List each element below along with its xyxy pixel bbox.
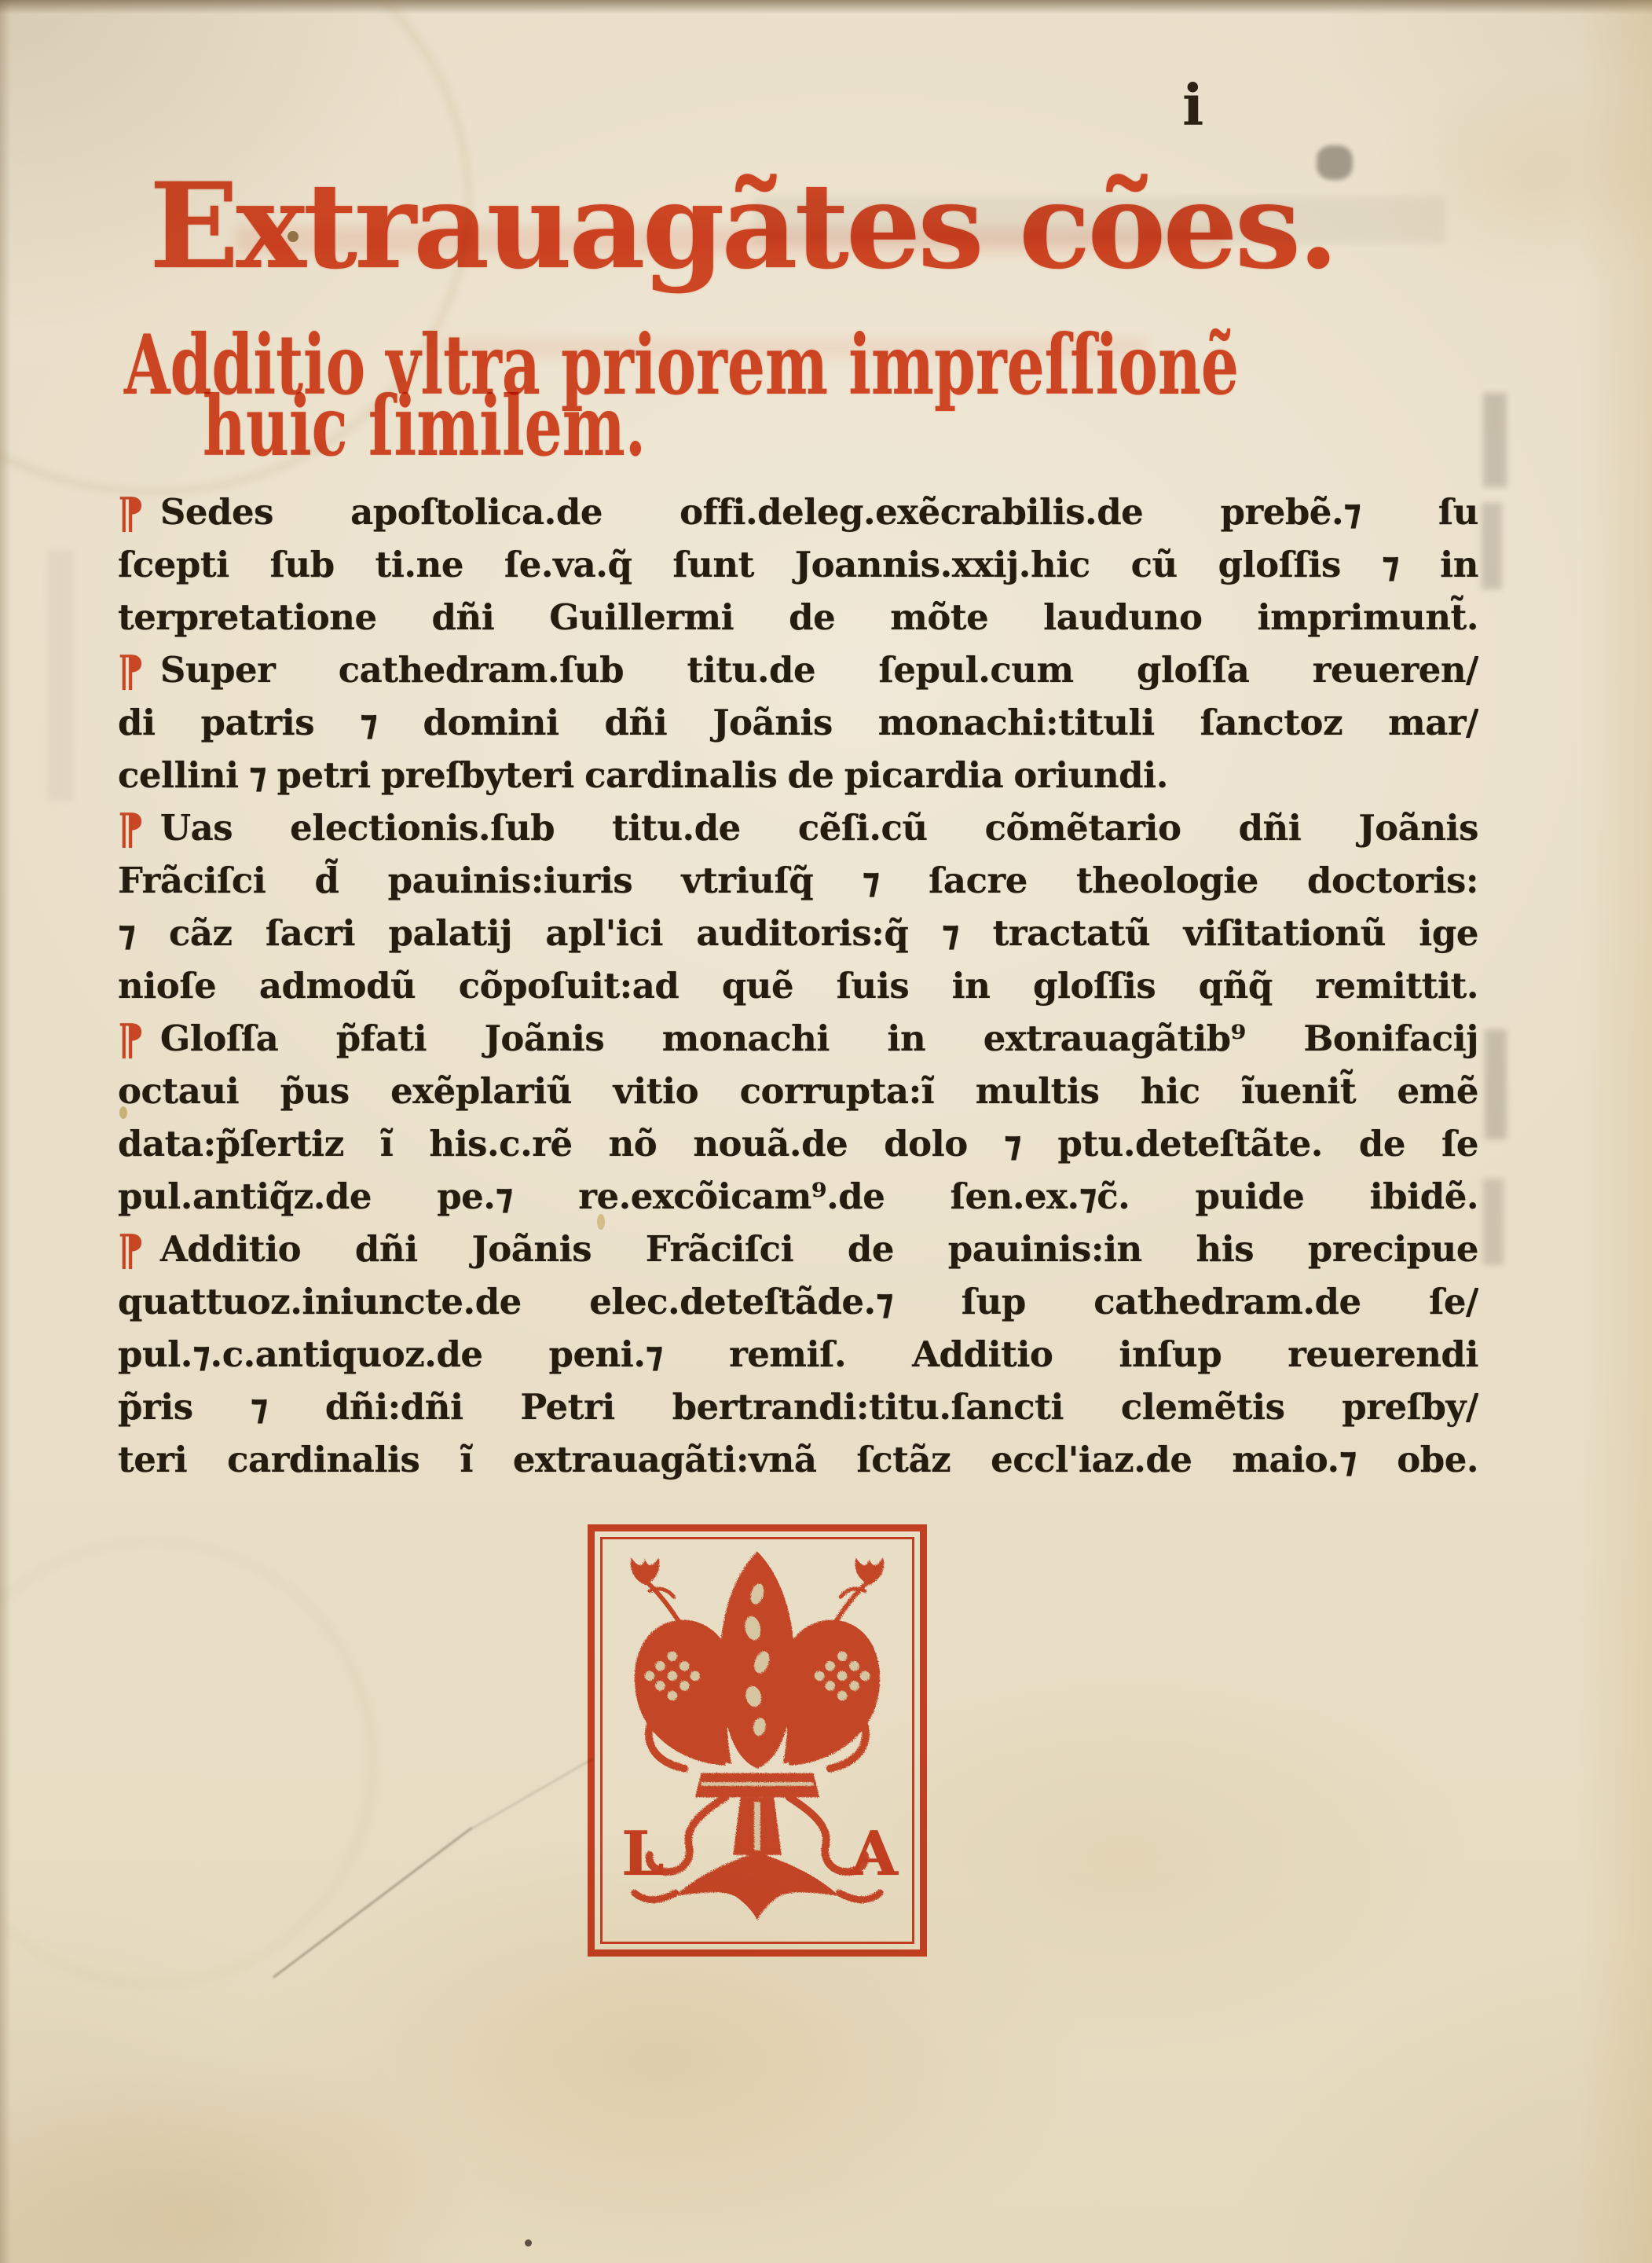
body-line: ¶Uas electionis.ſub titu.de cẽſi.cũ cõmẽ… — [118, 801, 1478, 854]
body-line: ſcepti ſub ti.ne ſe.va.q̃ ſunt Joannis.x… — [118, 538, 1478, 591]
device-letter-a: A — [850, 1824, 898, 1885]
pilcrow-mark: ¶ — [118, 803, 145, 854]
body-line: ¶Super cathedram.ſub titu.de ſepul.cum g… — [118, 644, 1478, 696]
ink-show-through — [1485, 1029, 1507, 1139]
pilcrow-mark: ¶ — [118, 1224, 145, 1275]
body-line: pul.antiq̃z.de pe.⁊ re.excõicam⁹.de ſen.… — [118, 1170, 1478, 1223]
pilcrow-mark: ¶ — [118, 1014, 145, 1065]
body-line: ¶Gloſſa p̃fati Joãnis monachi in extraua… — [118, 1012, 1478, 1065]
body-line: octaui p̃us exẽplariũ vitio corrupta:ĩ m… — [118, 1065, 1478, 1117]
body-line: ⁊ cãz ſacri palatij apl'ici auditoris:q̃… — [118, 907, 1478, 959]
pilcrow-mark: ¶ — [118, 645, 145, 696]
text-block: ¶Sedes apoſtolica.de offi.deleg.exẽcrabi… — [118, 486, 1478, 1486]
body-line: Frãciſci d̃ pauinis:iuris vtriuſq̃ ⁊ ſac… — [118, 854, 1478, 907]
body-line: p̃ris ⁊ dñi:dñi Petri bertrandi:titu.ſan… — [118, 1381, 1478, 1433]
page-subtitle-line-2: huic ſimilem. — [203, 385, 646, 468]
scanned-page: i Extrauagãtes cões. Additio vltra prior… — [0, 0, 1652, 2263]
body-line: nioſe admodũ cõpoſuit:ad quẽ ſuis in glo… — [118, 959, 1478, 1012]
paper-speck — [525, 2239, 532, 2246]
pilcrow-mark: ¶ — [118, 487, 145, 538]
page-right-edge — [1577, 0, 1652, 2263]
ink-show-through — [47, 550, 74, 801]
body-line: data:p̃ſertiz ĩ his.c.rẽ nõ nouã.de dolo… — [118, 1117, 1478, 1170]
ink-show-through — [1483, 393, 1507, 487]
body-line: ¶Sedes apoſtolica.de offi.deleg.exẽcrabi… — [118, 486, 1478, 538]
body-line: teri cardinalis ĩ extrauagãti:vnã ſctãz … — [118, 1433, 1478, 1486]
body-line: di patris ⁊ domini dñi Joãnis monachi:ti… — [118, 696, 1478, 749]
body-line: ¶Additio dñi Joãnis Frãciſci de pauinis:… — [118, 1223, 1478, 1275]
body-line: terpretatione dñi Guillermi de mõte laud… — [118, 591, 1478, 644]
signature-mark: i — [1182, 77, 1203, 134]
water-stain-ring — [0, 1540, 374, 1985]
device-letter-l: L — [621, 1824, 665, 1885]
page-title: Extrauagãtes cões. — [149, 167, 1335, 285]
body-line: quattuoz.iniuncte.de elec.deteſtãde.⁊ ſu… — [118, 1275, 1478, 1328]
ink-show-through — [1483, 1179, 1504, 1265]
printer-device: L A — [588, 1524, 927, 1957]
body-line: cellini ⁊ petri preſbyteri cardinalis de… — [118, 749, 1478, 801]
crease-line — [471, 1757, 594, 1830]
ink-show-through — [1482, 503, 1502, 589]
body-line: pul.⁊.c.antiquoz.de peni.⁊ remiſ. Additi… — [118, 1328, 1478, 1381]
